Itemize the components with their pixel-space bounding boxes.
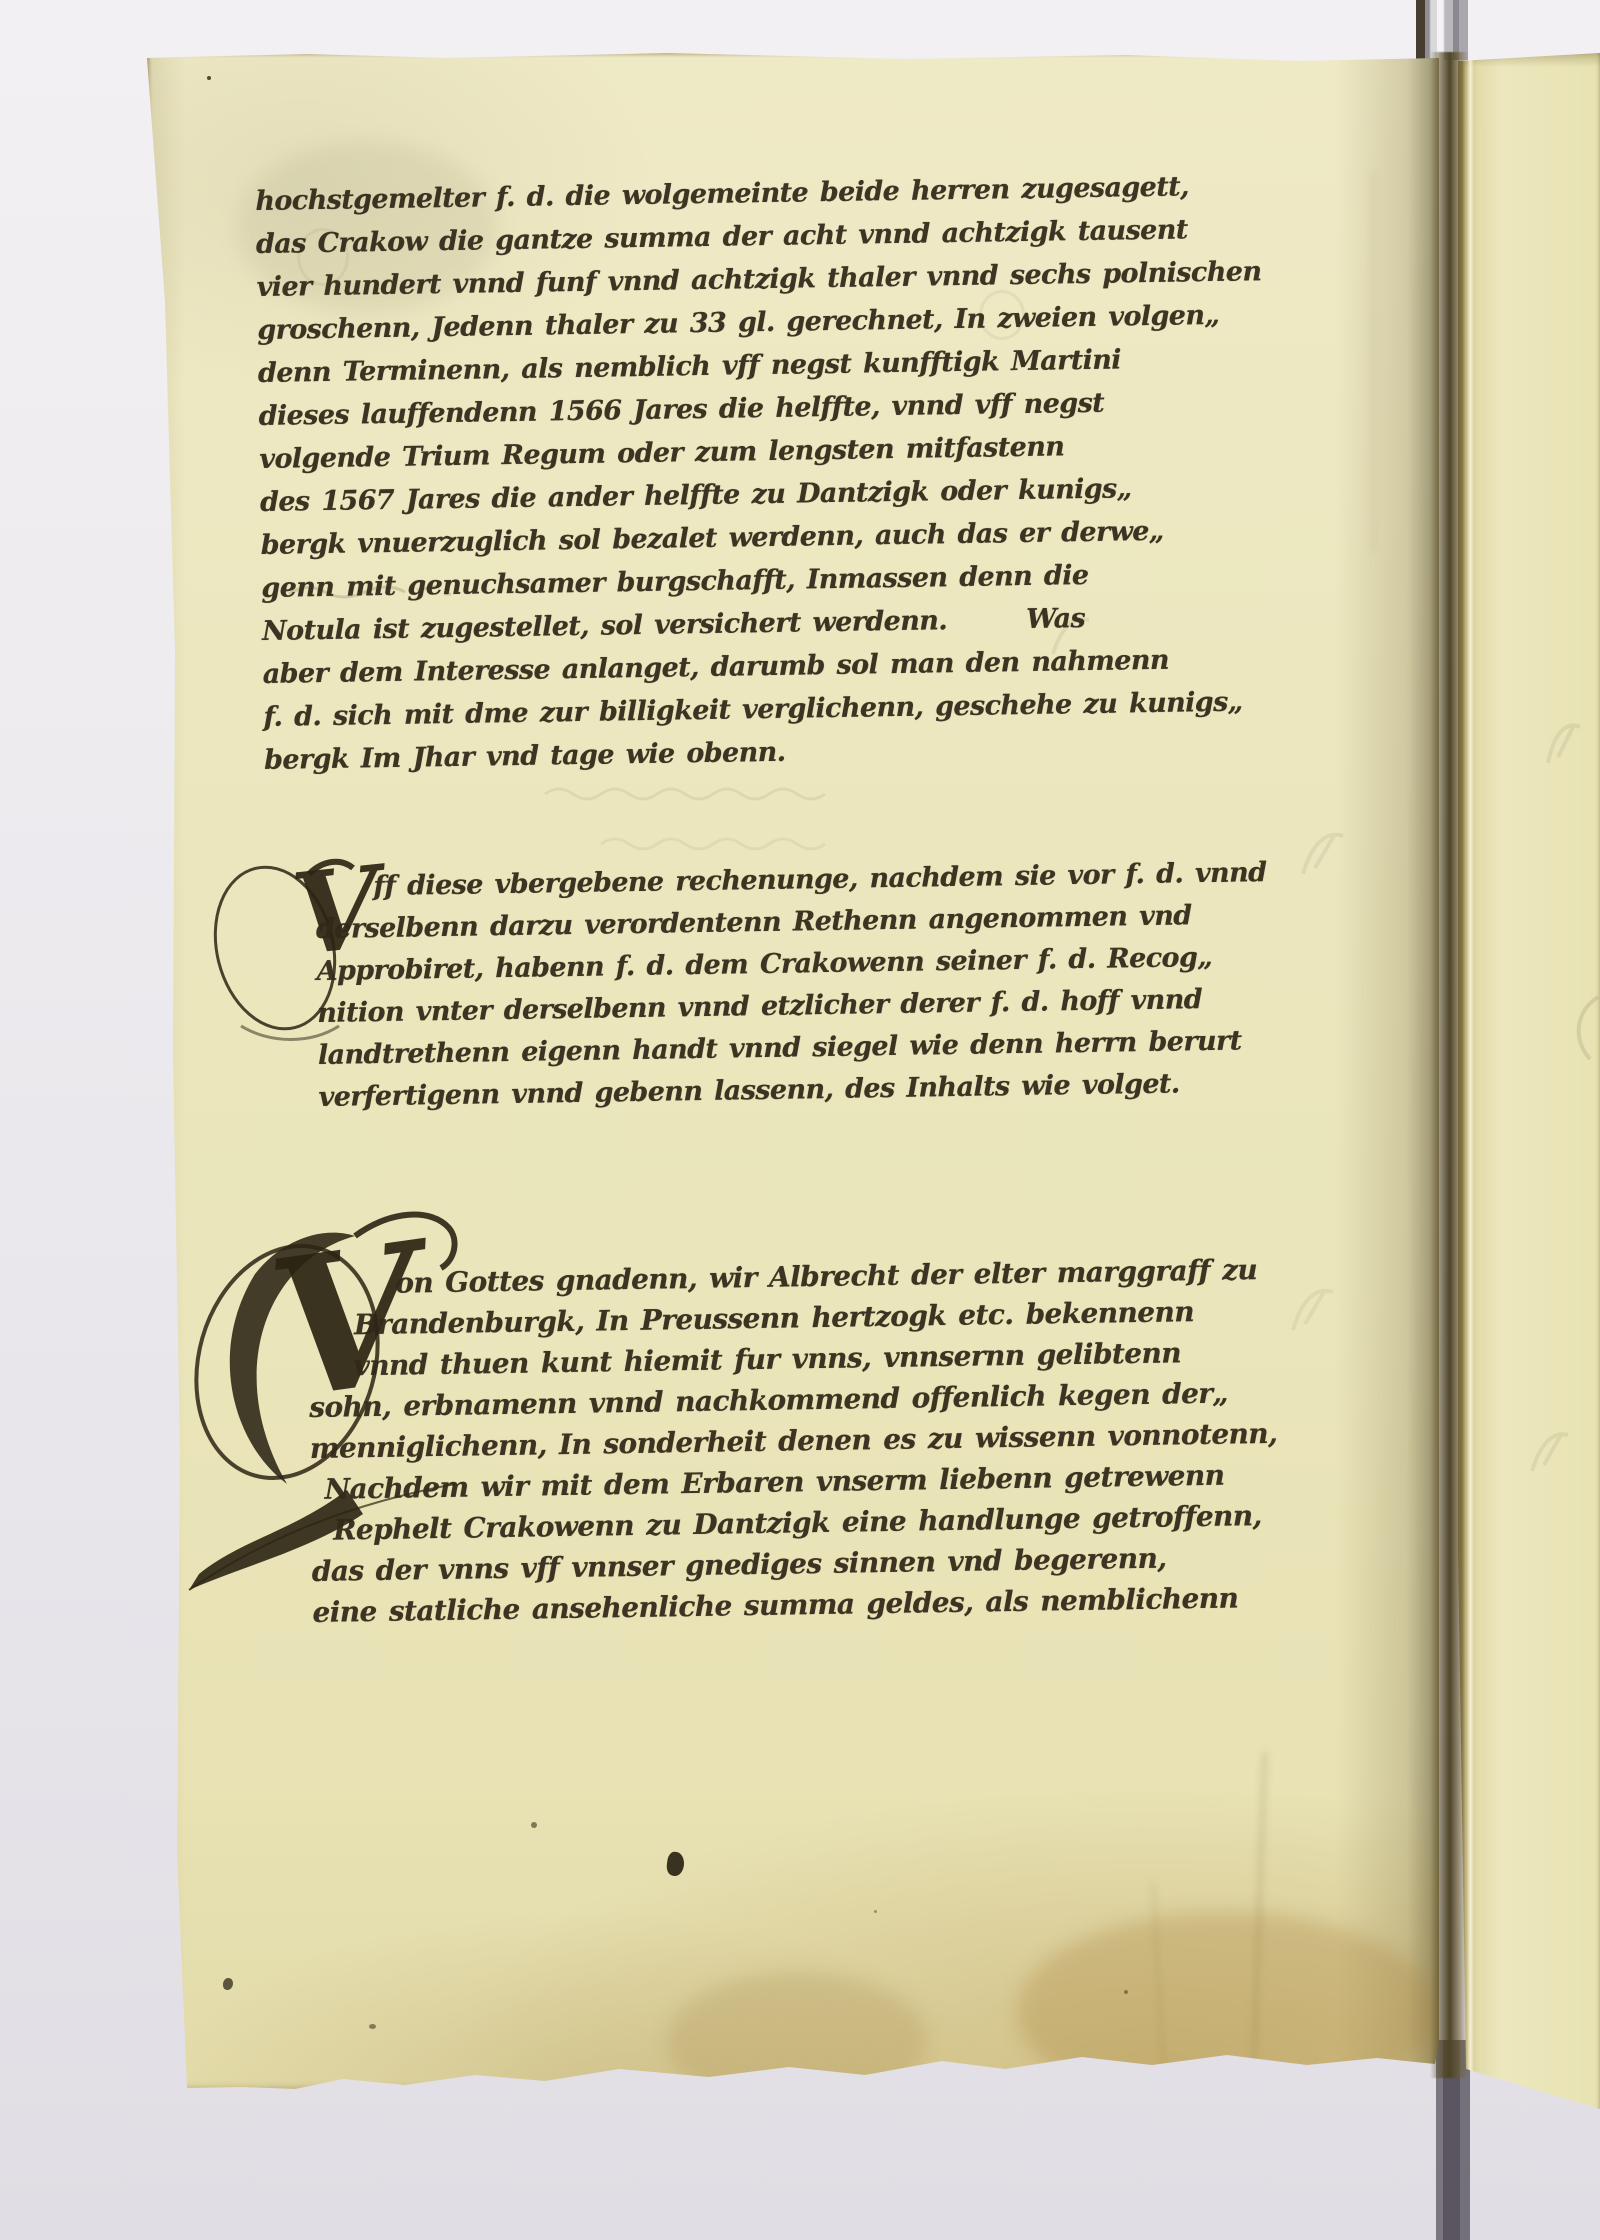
stacked-leaf-edges (148, 990, 157, 2088)
scanner-cradle-rod (1416, 0, 1468, 60)
facing-page-edge (1458, 53, 1600, 2115)
ink-blot (665, 1851, 685, 1877)
ink-speck (874, 1910, 877, 1913)
handwritten-paragraph-lower: on Gottes gnadenn, wir Albrecht der elte… (307, 1249, 1280, 1633)
handwritten-paragraph-upper: hochstgemelter f. d. die wolgemeinte bei… (255, 164, 1269, 782)
ink-speck (369, 2024, 376, 2029)
ink-bleed-ghost (599, 832, 839, 852)
ink-speck (531, 1822, 537, 1828)
ink-bleed-ghost (1568, 993, 1600, 1063)
ink-speck (1124, 1990, 1128, 1994)
water-stain (667, 1972, 927, 2112)
ink-bleed-ghost (1544, 713, 1584, 773)
ink-bleed-ghost (543, 782, 833, 802)
ink-speck (207, 76, 211, 80)
fold-highlight (1467, 53, 1474, 2115)
ink-bleed-ghost (1528, 1423, 1572, 1479)
manuscript-page: hochstgemelter f. d. die wolgemeinte bei… (147, 52, 1439, 2092)
ink-bleed-ghost (1297, 822, 1347, 882)
paper-crease (1372, 172, 1375, 552)
ink-blot (223, 1978, 233, 1990)
handwritten-paragraph-middle: ff diese vbergebene rechenunge, nachdem … (315, 852, 1270, 1119)
water-stain (1017, 1912, 1437, 2112)
ink-bleed-ghost (1287, 1278, 1337, 1338)
binding-gutter-shadow (1430, 52, 1468, 2078)
photo-backdrop: hochstgemelter f. d. die wolgemeinte bei… (0, 0, 1600, 2240)
